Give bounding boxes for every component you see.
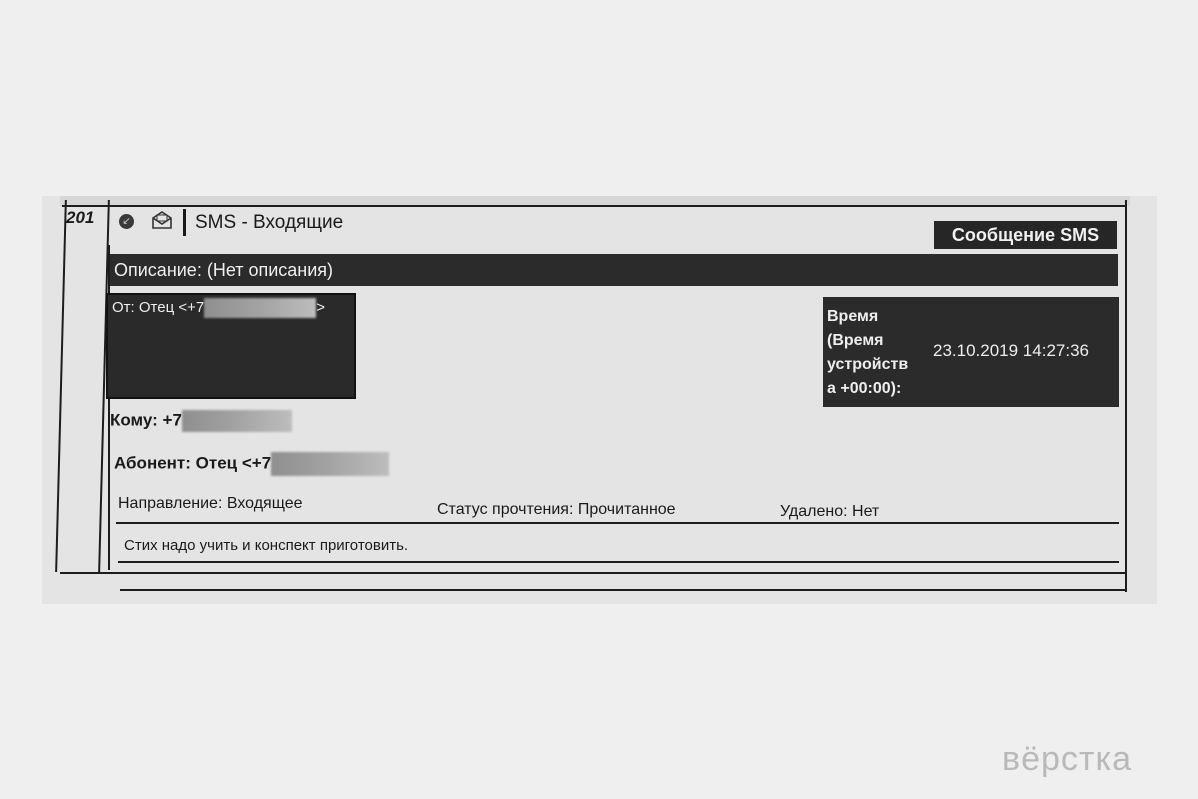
from-label: От: [112,299,135,316]
to-label: Кому: [110,410,158,429]
from-field: От: Отец <+7> [106,293,356,399]
status-circle-icon: ↙ [119,214,134,229]
subscriber-value: Отец <+7 [196,453,272,472]
redacted-phone [182,410,292,432]
frame-bottom-inner [60,572,1127,574]
frame-top [62,205,1127,207]
title-separator [183,209,186,236]
frame-right [1125,200,1127,592]
subscriber-label: Абонент: [114,453,191,472]
time-value: 23.10.2019 14:27:36 [933,341,1089,361]
body-separator-bottom [118,561,1119,563]
envelope-icon [151,210,173,230]
time-field: Время (Время устройств а +00:00): 23.10.… [823,297,1119,407]
to-field: Кому: +7 [110,410,292,432]
deleted-field: Удалено: Нет [780,503,879,521]
from-value-suffix: > [316,299,325,316]
read-status-field: Статус прочтения: Прочитанное [437,501,676,519]
subscriber-field: Абонент: Отец <+7 [114,452,389,476]
message-body: Стих надо учить и конспект приготовить. [124,537,408,554]
direction-field: Направление: Входящее [118,495,302,513]
frame-bottom-outer [120,589,1127,591]
redacted-phone [271,452,389,476]
time-label: Время (Время устройств а +00:00): [827,305,932,401]
body-separator-top [116,522,1119,524]
redacted-phone [204,298,316,318]
from-value: Отец <+7 [139,299,204,316]
to-value: +7 [163,410,182,429]
description-bar: Описание: (Нет описания) [110,254,1118,286]
record-title: SMS - Входящие [195,212,343,234]
record-type-badge: Сообщение SMS [934,221,1117,249]
row-number: 201 [66,208,94,228]
watermark-logo: вёрстка [1002,740,1132,779]
